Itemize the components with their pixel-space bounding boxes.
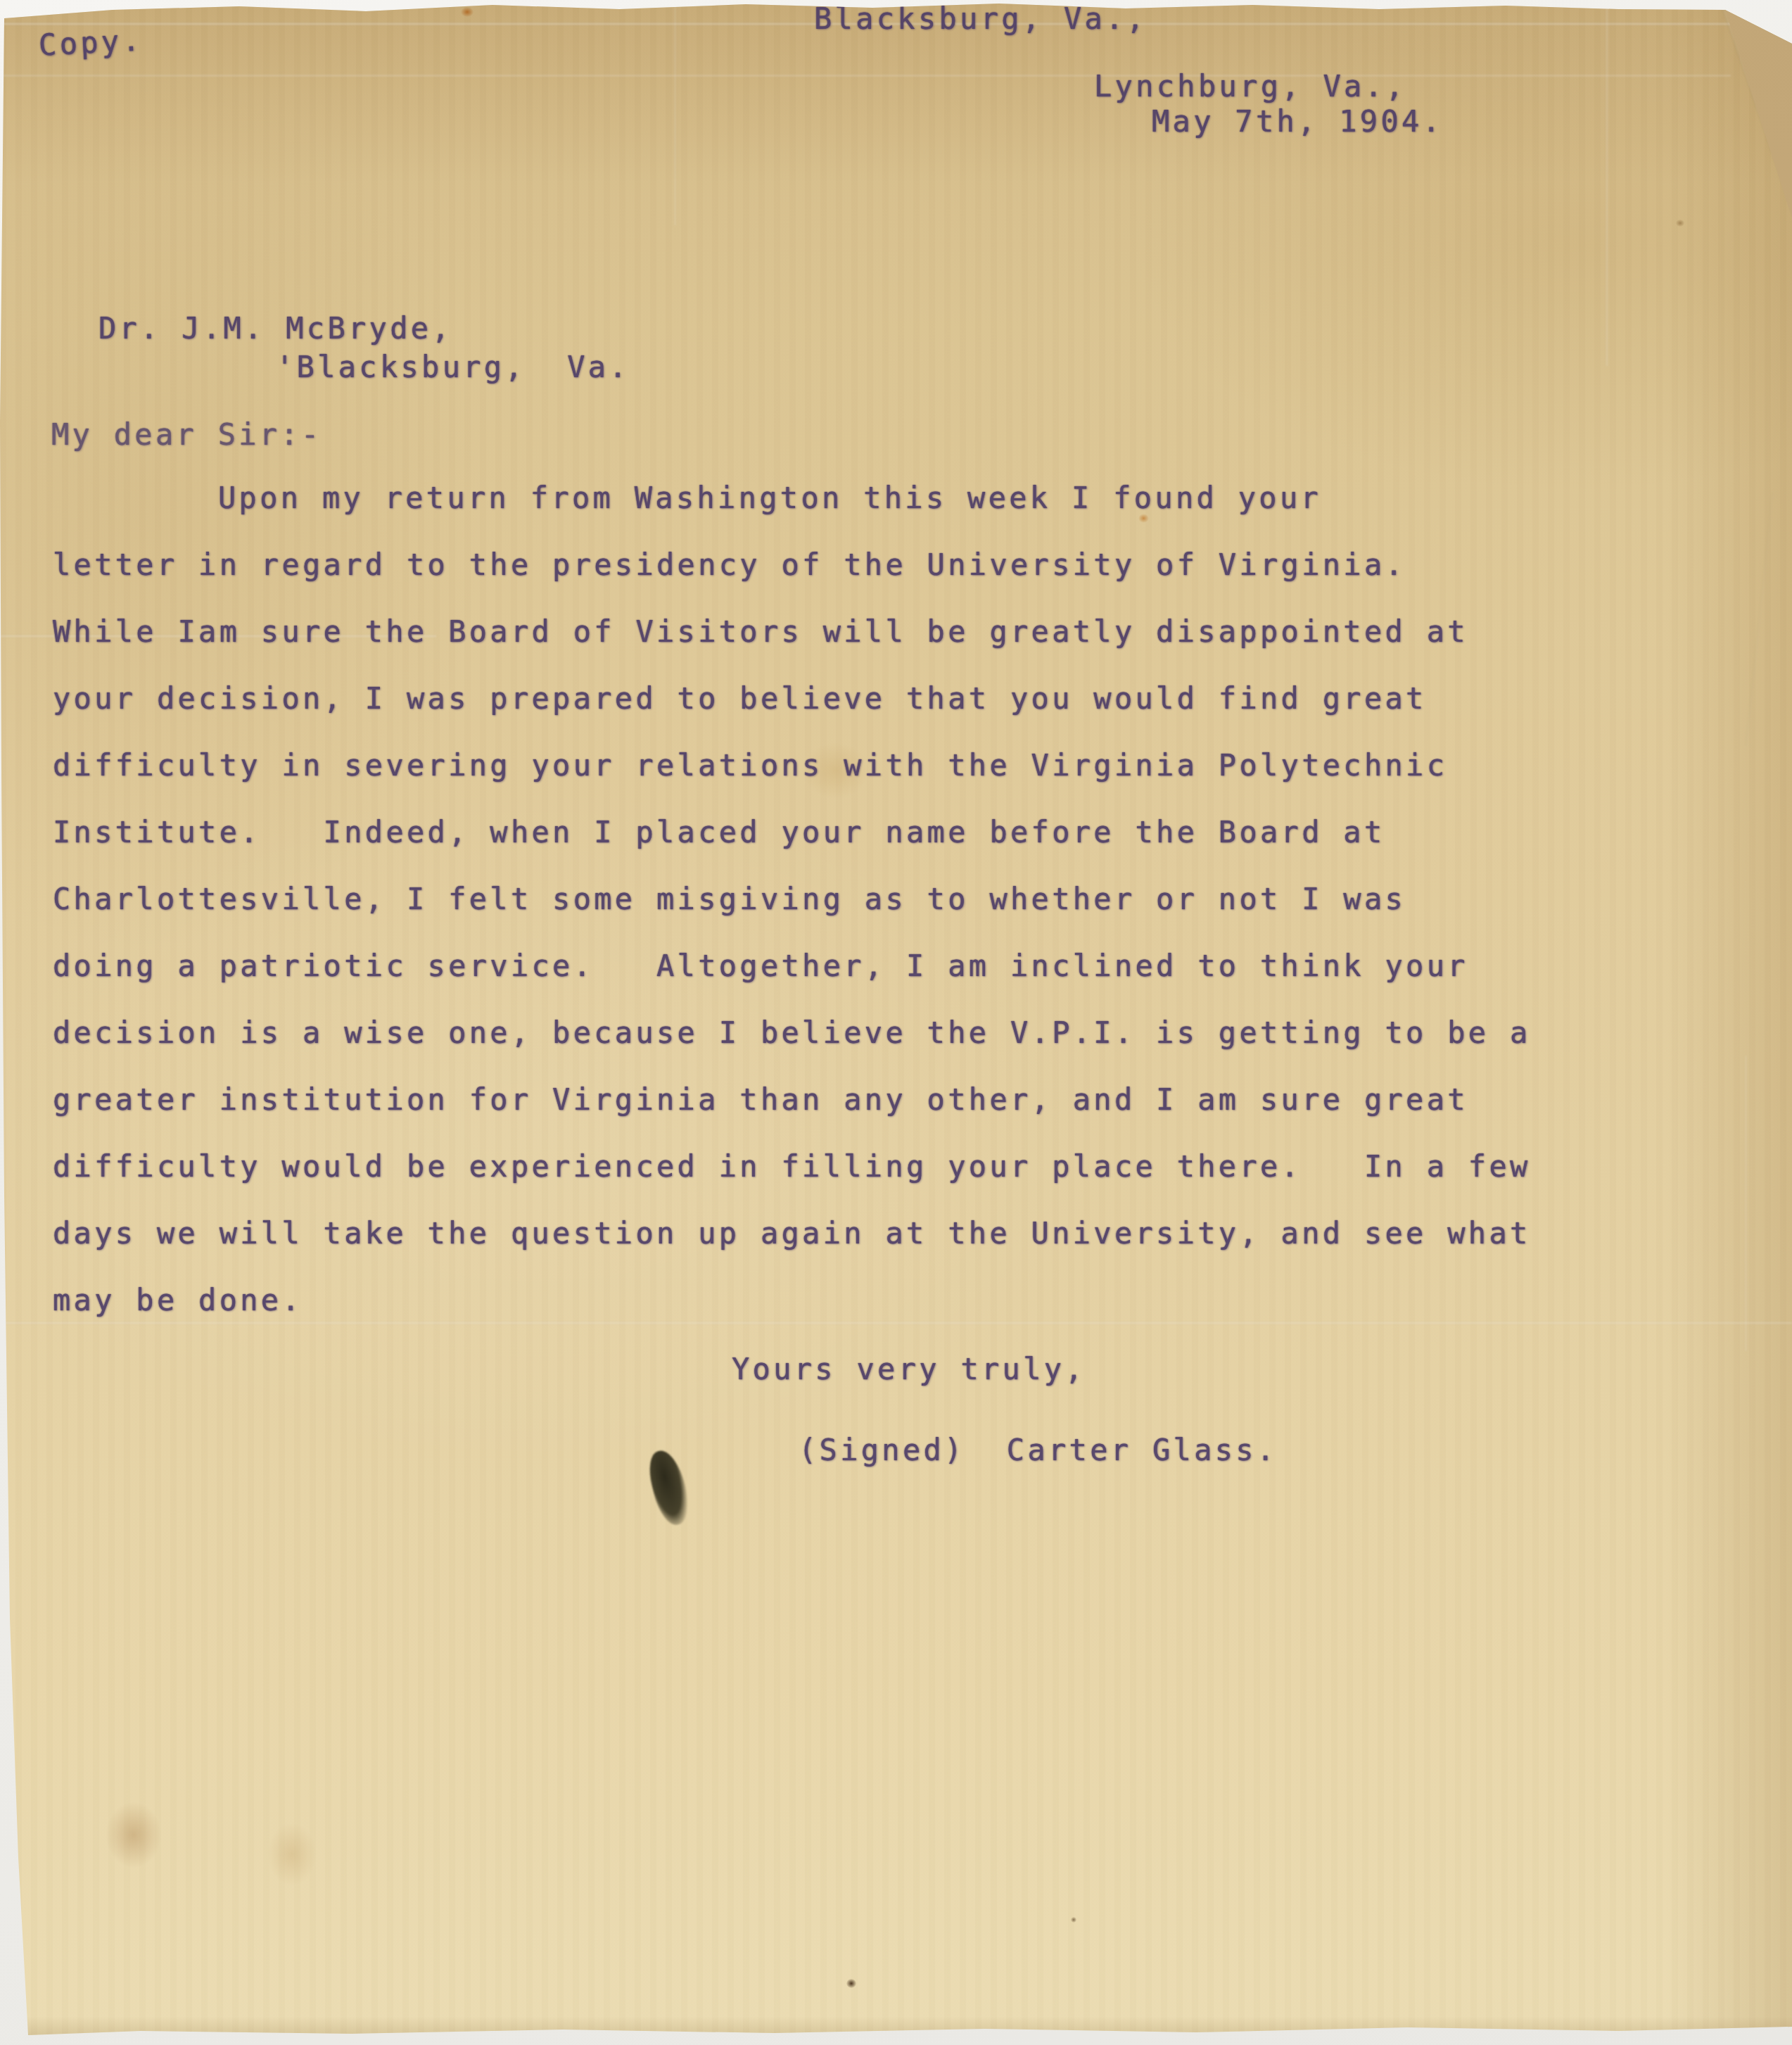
copy-label: Copy.: [38, 25, 144, 61]
closing: Yours very truly,: [732, 1355, 1086, 1384]
body-line: Upon my return from Washington this week…: [218, 483, 1321, 513]
crease-upper: [0, 75, 1731, 77]
dark-speck: [846, 1979, 856, 1988]
body-line: your decision, I was prepared to believe…: [53, 684, 1427, 714]
body-line: difficulty would be experienced in filli…: [53, 1152, 1531, 1182]
dark-speck: [1071, 1917, 1076, 1923]
letter-page: Copy. Blacksburg, Va., Lynchburg, Va., M…: [0, 0, 1792, 2045]
recipient-name: Dr. J.M. McBryde,: [99, 314, 452, 343]
body-line: days we will take the question up again …: [53, 1219, 1531, 1248]
faint-speck: [1676, 220, 1684, 227]
ink-blot: [644, 1447, 694, 1528]
body-line: difficulty in severing your relations wi…: [53, 751, 1447, 780]
dateline-date: May 7th, 1904.: [1152, 107, 1443, 137]
faint-stain: [267, 1823, 317, 1886]
wrinkle-right-mid: [1746, 493, 1774, 745]
header-location: Blacksburg, Va.,: [814, 4, 1147, 34]
salutation: My dear Sir:-: [51, 420, 322, 450]
body-line: may be done.: [53, 1286, 303, 1315]
crease-vertical-top: [674, 0, 676, 225]
crease-vertical-right: [1606, 0, 1608, 366]
recipient-address: 'Blacksburg, Va.: [276, 353, 630, 382]
crease-right-edge: [1745, 1056, 1747, 1351]
body-line: While Iam sure the Board of Visitors wil…: [53, 617, 1468, 647]
rust-speck: [461, 7, 474, 17]
body-line: Institute. Indeed, when I placed your na…: [53, 818, 1385, 847]
body-line: Charlottesville, I felt some misgiving a…: [53, 885, 1406, 914]
body-line: greater institution for Virginia than an…: [53, 1085, 1468, 1115]
scanned-letter: Copy. Blacksburg, Va., Lynchburg, Va., M…: [0, 0, 1792, 2045]
signature-line: (Signed) Carter Glass.: [799, 1436, 1277, 1465]
body-line: doing a patriotic service. Altogether, I…: [53, 951, 1468, 981]
body-line: letter in regard to the presidency of th…: [53, 550, 1406, 580]
dateline-city: Lynchburg, Va.,: [1094, 72, 1406, 101]
body-line: decision is a wise one, because I believ…: [53, 1018, 1531, 1048]
faint-stain: [106, 1802, 162, 1868]
crease-lower-fold: [0, 1322, 1792, 1324]
